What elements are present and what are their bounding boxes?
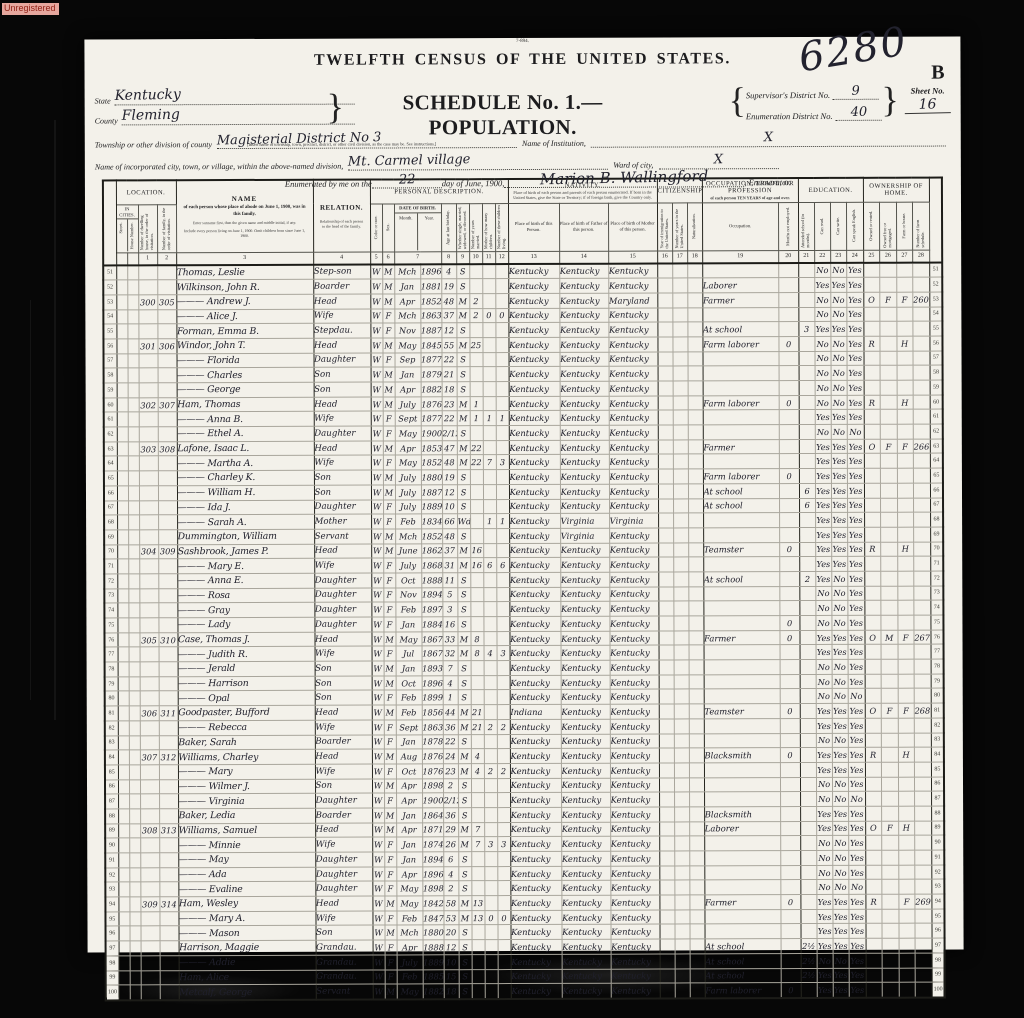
cell-mo: Aug [396, 749, 422, 764]
supervisor-district-value: 9 [852, 84, 861, 99]
cell-bp: Kentucky [510, 866, 561, 881]
cell-oc [702, 263, 778, 278]
cell-c: W [373, 955, 385, 970]
cell-dw [138, 309, 157, 324]
cell-i3 [688, 572, 703, 587]
cell-n: 84 [105, 750, 118, 765]
cell-fb: Kentucky [561, 704, 610, 719]
cell-ho [128, 456, 139, 471]
cell-fs [914, 806, 931, 821]
cell-i3 [688, 410, 703, 425]
cell-i3 [689, 895, 704, 910]
cell-i2 [673, 381, 688, 396]
cell-mc [484, 705, 497, 720]
cell-mb: Kentucky [610, 719, 659, 734]
cell-ym: 22 [470, 440, 483, 455]
cell-mc [483, 602, 496, 617]
cell-fh [898, 600, 914, 615]
cell-fr [881, 865, 898, 880]
cell-ow [864, 571, 880, 586]
cell-fr [881, 689, 898, 704]
cell-m: S [458, 690, 471, 705]
cell-ym [472, 925, 485, 940]
cell-mc [483, 426, 496, 441]
cell-i1 [659, 792, 674, 807]
cell-fh [898, 850, 914, 865]
cell-mb: Kentucky [610, 880, 659, 895]
cell-i3 [689, 645, 704, 660]
cell-rl: Son [316, 925, 373, 940]
cell-st [117, 515, 128, 530]
cell-fs [914, 615, 931, 630]
cell-sc [798, 292, 814, 307]
cell-yr: 1852 [421, 529, 442, 544]
cell-rl: Daughter [315, 793, 372, 808]
cell-yr: 1834 [421, 514, 442, 529]
cell-mb: Kentucky [610, 866, 659, 881]
cell-bp: Indiana [510, 704, 561, 719]
cell-ym [470, 514, 483, 529]
cell-mn: 0 [780, 748, 800, 763]
cell-cl: 1 [496, 411, 509, 426]
cell-c: W [370, 309, 382, 324]
cell-fm: 314 [159, 897, 178, 912]
cell-mo: Feb [395, 602, 421, 617]
cell-mn [779, 586, 799, 601]
cell-s: M [383, 632, 395, 647]
cell-ow [865, 762, 881, 777]
cell-cl [497, 778, 510, 793]
cell-n: 63 [930, 439, 943, 454]
cell-sc [801, 983, 817, 998]
cell-fs [914, 835, 931, 850]
cell-sc [798, 278, 814, 293]
cell-n: 83 [105, 735, 118, 750]
cell-s: F [384, 837, 396, 852]
cell-cl: 1 [496, 514, 509, 529]
cell-st [118, 853, 129, 868]
cell-ow [865, 850, 881, 865]
cell-ym [470, 499, 483, 514]
cell-fb: Kentucky [560, 587, 609, 602]
cell-s: F [382, 309, 394, 324]
cell-yr: 1882 [421, 382, 442, 397]
cell-ag: 29 [443, 822, 458, 837]
cell-i3 [688, 366, 703, 381]
cell-i3 [688, 542, 703, 557]
cell-rd: No [816, 659, 832, 674]
cell-yr: 1862 [421, 543, 442, 558]
cell-dw [139, 574, 158, 589]
cell-i3 [689, 880, 704, 895]
cell-ym: 4 [471, 749, 484, 764]
cell-fm [158, 530, 177, 545]
cell-nm: Williams, Charley [178, 749, 315, 764]
cell-c: W [372, 749, 384, 764]
cell-fs [914, 733, 931, 748]
cell-ag: 2/12 [443, 793, 458, 808]
cell-fh [897, 498, 913, 513]
cell-m: S [458, 866, 471, 881]
cell-n: 97 [106, 941, 119, 956]
cell-bp: Kentucky [511, 984, 562, 999]
cell-n: 55 [103, 324, 116, 339]
cell-m: S [458, 881, 471, 896]
cell-i2 [674, 851, 689, 866]
cell-dw [140, 809, 159, 824]
cell-wr: Yes [831, 513, 847, 528]
cell-fh: F [898, 630, 914, 645]
cell-dw [139, 353, 158, 368]
cell-dw [139, 588, 158, 603]
cell-ym [470, 573, 483, 588]
cell-yr: 1885 [423, 969, 444, 984]
cell-yr: 1879 [421, 367, 442, 382]
cell-fb: Kentucky [559, 322, 608, 337]
cell-ow [865, 601, 881, 616]
cell-mn [778, 278, 798, 293]
cell-n: 88 [931, 806, 944, 821]
cell-fh [898, 733, 914, 748]
cell-ho [130, 956, 141, 971]
cell-oc: Laborer [704, 821, 780, 836]
cell-fh [899, 909, 915, 924]
cell-i2 [674, 866, 689, 881]
cell-ow [864, 454, 880, 469]
cell-nm: ——— Charles [177, 368, 314, 383]
cell-s: M [385, 925, 397, 940]
cell-ym [470, 426, 483, 441]
cell-ym: 2 [469, 308, 482, 323]
cell-mb: Kentucky [610, 778, 659, 793]
cell-mo: Jan [395, 617, 421, 632]
cell-fh [898, 659, 914, 674]
cell-mb: Kentucky [611, 939, 660, 954]
cell-n: 67 [930, 498, 943, 513]
cell-i2 [674, 719, 689, 734]
cell-fr [882, 968, 899, 983]
cell-cl [497, 866, 510, 881]
cell-sc [799, 586, 815, 601]
cell-yr: 1888 [423, 940, 444, 955]
cell-fs [913, 321, 930, 336]
cell-nm: Sashbrook, James P. [177, 544, 314, 559]
cell-n: 53 [929, 292, 942, 307]
cell-rd: No [816, 674, 832, 689]
cell-fh [898, 835, 914, 850]
cell-m: S [458, 778, 471, 793]
cell-s: M [382, 338, 394, 353]
cell-ho [129, 735, 140, 750]
cell-s: F [383, 558, 395, 573]
cell-dw: 301 [138, 339, 157, 354]
cell-mc [484, 661, 497, 676]
cell-i1 [657, 278, 672, 293]
cell-i3 [688, 513, 703, 528]
cell-rl: Head [315, 896, 372, 911]
cell-i3 [689, 866, 704, 881]
cell-sc [799, 542, 815, 557]
cell-fb: Kentucky [560, 396, 609, 411]
cell-ho [129, 838, 140, 853]
cell-n: 79 [105, 677, 118, 692]
cell-fs [913, 571, 930, 586]
cell-rl: Head [313, 338, 370, 353]
cell-oc [704, 880, 780, 895]
cell-m: M [457, 543, 470, 558]
cell-rl: Head [314, 397, 371, 412]
cell-m: S [459, 925, 472, 940]
cell-ho [128, 383, 139, 398]
cell-c: W [370, 264, 382, 279]
cell-oc: At school [703, 483, 779, 498]
cell-nm: Baker, Sarah [178, 735, 315, 750]
cell-m: S [456, 323, 469, 338]
col-head-color: Color or race. [370, 203, 382, 251]
cell-mb: Kentucky [610, 807, 659, 822]
cell-ag: 12 [444, 940, 459, 955]
cell-en: Yes [847, 586, 864, 601]
cell-ag: 55 [441, 338, 456, 353]
cell-mn [781, 909, 801, 924]
cell-mo: Apr [396, 867, 422, 882]
cell-ho [128, 500, 139, 515]
col-head-farm-schedule: Number of farm schedule. [912, 202, 929, 250]
cell-rl: Servant [314, 529, 371, 544]
cell-fr [880, 351, 897, 366]
cell-m: M [457, 396, 470, 411]
cell-c: W [371, 382, 383, 397]
cell-fm [159, 765, 178, 780]
cell-fr [882, 924, 899, 939]
cell-nm: ——— Jerald [178, 661, 315, 676]
cell-ho [127, 339, 138, 354]
cell-c: W [371, 573, 383, 588]
cell-rd: No [816, 689, 832, 704]
cell-ow [863, 262, 879, 277]
cell-n: 86 [105, 779, 118, 794]
cell-fs [913, 556, 930, 571]
cell-c: W [373, 984, 385, 999]
cell-rd: No [816, 865, 832, 880]
cell-c: W [371, 602, 383, 617]
cell-n: 95 [932, 909, 945, 924]
cell-i2 [672, 278, 687, 293]
cell-sc: 3 [799, 322, 815, 337]
cell-fr [882, 909, 899, 924]
cell-m: M [457, 440, 470, 455]
cell-fs [913, 424, 930, 439]
cell-i3 [688, 440, 703, 455]
cell-oc: Farm laborer [705, 983, 781, 998]
cell-cl: 3 [496, 455, 509, 470]
cell-n: 81 [931, 703, 944, 718]
col-head-farm-house: Farm or house. [896, 202, 912, 250]
cell-fm [158, 574, 177, 589]
cell-i1 [658, 425, 673, 440]
cell-oc: Farmer [703, 439, 779, 454]
cell-fr [880, 527, 897, 542]
cell-fb: Kentucky [560, 367, 609, 382]
col-head-marital: Whether single, married, widowed, or div… [456, 203, 469, 251]
cell-st [117, 412, 128, 427]
cell-fs [913, 586, 930, 601]
cell-ym: 16 [470, 558, 483, 573]
cell-dw [140, 691, 159, 706]
cell-i1 [659, 704, 674, 719]
cell-oc: At school [705, 953, 781, 968]
cell-oc [704, 836, 780, 851]
cell-wr: No [831, 380, 847, 395]
cell-nm: Lafone, Isaac L. [177, 441, 314, 456]
cell-oc: Farmer [705, 895, 781, 910]
cell-en: Yes [849, 953, 866, 968]
cell-yr: 1889 [421, 499, 442, 514]
cell-fb: Kentucky [561, 778, 610, 793]
cell-s: F [384, 911, 396, 926]
cell-s: M [384, 808, 396, 823]
cell-yr: 1887 [421, 485, 442, 500]
cell-mo: Oct [395, 573, 421, 588]
cell-ag: 4 [443, 675, 458, 690]
cell-sc [800, 718, 816, 733]
cell-ag: 22 [442, 352, 457, 367]
cell-fr [881, 777, 898, 792]
cell-rd: Yes [817, 983, 833, 998]
cell-i3 [690, 954, 705, 969]
cell-ym [470, 470, 483, 485]
enumerated-suffix: , Enumerator. [744, 177, 791, 187]
cell-ag: 4 [441, 264, 456, 279]
cell-i3 [690, 910, 705, 925]
cell-fh [897, 571, 913, 586]
cell-fb: Kentucky [562, 925, 611, 940]
cell-c: W [371, 367, 383, 382]
col-head-children-living: Number of these children living. [495, 203, 508, 251]
cell-st [117, 398, 128, 413]
cell-mb: Kentucky [609, 528, 658, 543]
cell-ag: 19 [442, 470, 457, 485]
cell-cl [496, 543, 509, 558]
cell-n: 78 [105, 662, 118, 677]
cell-n: 99 [932, 968, 945, 983]
cell-m: S [457, 573, 470, 588]
cell-i1 [659, 851, 674, 866]
cell-i1 [659, 631, 674, 646]
cell-dw [139, 368, 158, 383]
cell-i1 [657, 263, 672, 278]
cell-bp: Kentucky [510, 660, 561, 675]
cell-ho [129, 912, 140, 927]
cell-m: M [458, 764, 471, 779]
cell-n: 94 [105, 897, 118, 912]
cell-c: W [370, 294, 382, 309]
cell-ow [864, 483, 880, 498]
cell-en: Yes [847, 513, 864, 528]
cell-mb: Kentucky [610, 748, 659, 763]
cell-fb: Kentucky [561, 660, 610, 675]
cell-i2 [674, 836, 689, 851]
cell-cl [496, 617, 509, 632]
cell-fh [897, 321, 913, 336]
cell-rl: Wife [314, 411, 371, 426]
cell-oc: At school [705, 939, 781, 954]
cell-rd: No [814, 292, 830, 307]
district-block: { Supervisor's District No. 9 Enumeratio… [729, 79, 951, 122]
cell-rd: Yes [817, 924, 833, 939]
cell-ho [129, 750, 140, 765]
cell-i1 [657, 322, 672, 337]
cell-fs: 269 [915, 894, 932, 909]
cell-mb: Kentucky [610, 895, 659, 910]
cell-m: S [459, 940, 472, 955]
cell-ho [129, 809, 140, 824]
cell-st [117, 589, 128, 604]
cell-mb: Kentucky [610, 616, 659, 631]
cell-cl [497, 690, 510, 705]
cell-wr: No [831, 366, 847, 381]
cell-fr [881, 791, 898, 806]
cell-ow [865, 615, 881, 630]
cell-c: W [372, 793, 384, 808]
cell-i1 [658, 587, 673, 602]
cell-wr: Yes [831, 410, 847, 425]
table-row: 100Metcalf, GeorgeServantWMMay188218SKen… [106, 982, 945, 1000]
cell-dw: 302 [139, 397, 158, 412]
cell-yr: 1893 [422, 661, 443, 676]
cell-mc [482, 338, 495, 353]
cell-sc [799, 395, 815, 410]
cell-oc [704, 851, 780, 866]
county-value: Fleming [122, 107, 181, 124]
cell-sc [800, 689, 816, 704]
cell-c: W [372, 646, 384, 661]
col-head-owned-rented: Owned or rented. [863, 202, 879, 250]
cell-i3 [687, 307, 702, 322]
cell-n: 56 [930, 336, 943, 351]
col-head-can-read: Can read. [814, 202, 830, 250]
cell-mo: Feb [396, 690, 422, 705]
cell-ag: 48 [441, 294, 456, 309]
cell-ho [129, 779, 140, 794]
cell-sc [800, 836, 816, 851]
col-head-father-birthplace: Place of birth of Father of this person. [559, 203, 608, 251]
cell-mn: 0 [780, 630, 800, 645]
cell-m: S [457, 602, 470, 617]
cell-mo: May [395, 426, 421, 441]
cell-fm [159, 779, 178, 794]
col-head-months-not-employed: Months not employed. [778, 202, 798, 250]
cell-ag: 36 [443, 720, 458, 735]
cell-sc [800, 615, 816, 630]
cell-cl [496, 528, 509, 543]
cell-mo: Apr [396, 822, 422, 837]
cell-mn [779, 351, 799, 366]
cell-mo: Apr [396, 793, 422, 808]
cell-bp: Kentucky [509, 528, 560, 543]
col-head-free-mortgaged: Owned free or mortgaged. [879, 202, 896, 250]
cell-mc [485, 940, 498, 955]
cell-mn [779, 571, 799, 586]
cell-sc [800, 821, 816, 836]
cell-s: M [382, 264, 394, 279]
cell-fm [158, 588, 177, 603]
cell-dw [140, 779, 159, 794]
cell-sc [800, 880, 816, 895]
cell-i2 [673, 366, 688, 381]
cell-rd: No [815, 336, 831, 351]
cell-ow [864, 410, 880, 425]
